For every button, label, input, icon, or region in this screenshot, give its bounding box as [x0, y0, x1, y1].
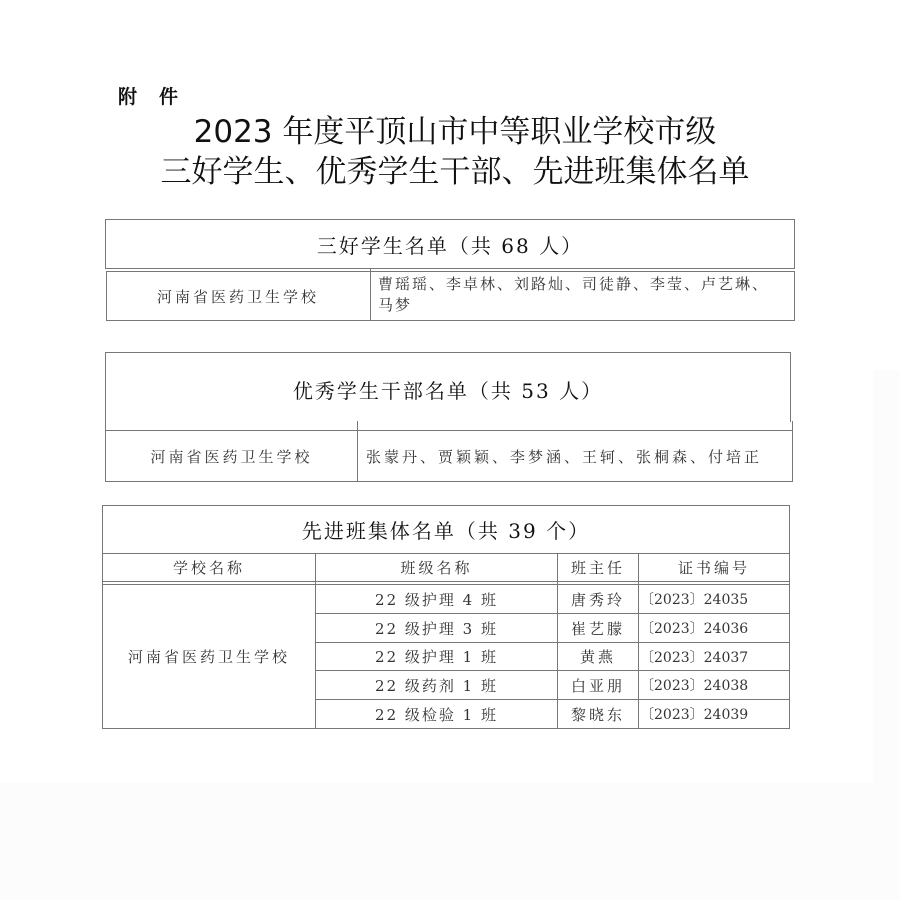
- class-name: 22 级药剂 1 班: [316, 671, 557, 699]
- student-leaders-title: 优秀学生干部名单（共 53 人）: [105, 353, 791, 425]
- class-name: 22 级护理 1 班: [316, 643, 557, 670]
- teacher-name: 黄燕: [558, 643, 638, 670]
- page-title-line2: 三好学生、优秀学生干部、先进班集体名单: [0, 152, 900, 192]
- column-header-teacher: 班主任: [558, 554, 638, 581]
- class-name: 22 级检验 1 班: [316, 700, 557, 728]
- column-header-school: 学校名称: [103, 554, 315, 581]
- student-names-line1: 曹瑶瑶、李卓林、刘路灿、司徒静、李莹、卢艺琳、: [378, 274, 790, 295]
- school-name: 河南省医药卫生学校: [106, 431, 357, 481]
- attachment-label: 附件: [118, 82, 200, 109]
- school-name-merged-cell: 河南省医药卫生学校: [103, 585, 315, 728]
- column-header-class: 班级名称: [316, 554, 557, 581]
- student-names: 曹瑶瑶、李卓林、刘路灿、司徒静、李莹、卢艺琳、 马梦: [378, 274, 790, 316]
- teacher-name: 唐秀玲: [558, 585, 638, 613]
- student-leader-names: 张蒙丹、贾颖颖、李梦涵、王轲、张桐森、付培正: [366, 431, 790, 481]
- certificate-number: 〔2023〕24039: [640, 700, 789, 728]
- teacher-name: 黎晓东: [558, 700, 638, 728]
- teacher-name: 崔艺朦: [558, 614, 638, 642]
- merit-students-title: 三好学生名单（共 68 人）: [105, 220, 795, 268]
- page-title-line1: 2023 年度平顶山市中等职业学校市级: [0, 112, 900, 152]
- page-background-bottom: [0, 783, 900, 900]
- advanced-classes-title: 先进班集体名单（共 39 个）: [102, 506, 790, 553]
- certificate-number: 〔2023〕24035: [640, 585, 789, 613]
- certificate-number: 〔2023〕24038: [640, 671, 789, 699]
- student-names-line2: 马梦: [378, 295, 790, 316]
- certificate-number: 〔2023〕24037: [640, 643, 789, 670]
- certificate-number: 〔2023〕24036: [640, 614, 789, 642]
- class-name: 22 级护理 4 班: [316, 585, 557, 613]
- school-name: 河南省医药卫生学校: [106, 272, 370, 320]
- column-header-cert-no: 证书编号: [639, 554, 789, 581]
- page-background-right: [873, 370, 900, 783]
- teacher-name: 白亚朋: [558, 671, 638, 699]
- class-name: 22 级护理 3 班: [316, 614, 557, 642]
